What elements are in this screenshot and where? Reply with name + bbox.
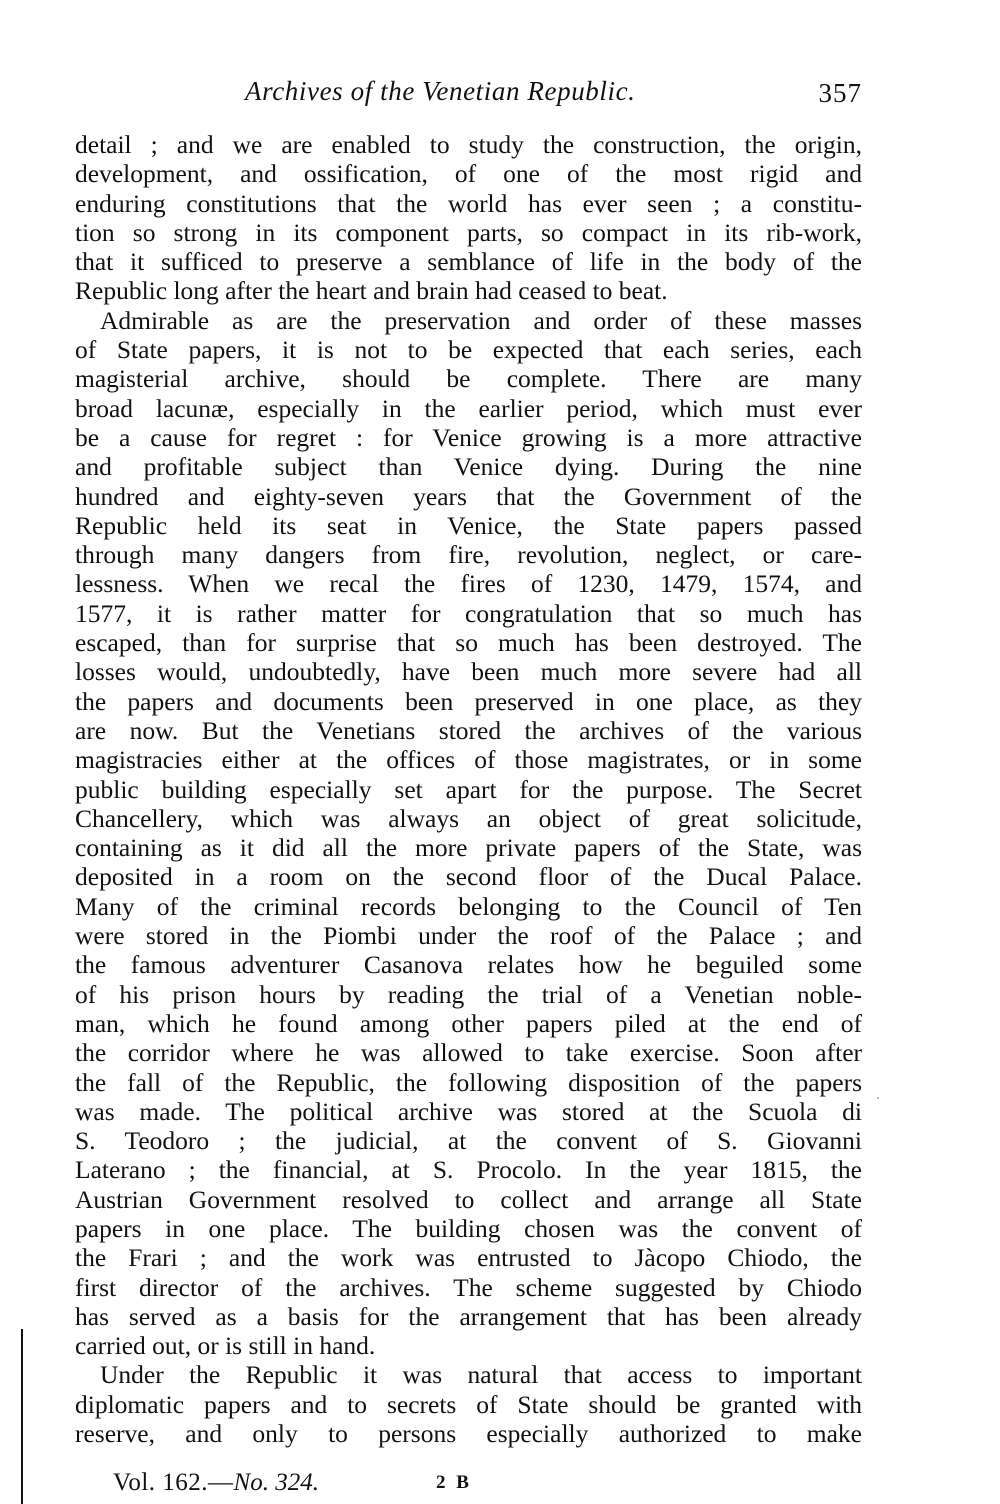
book-page: Archives of the Venetian Republic. 357 d… xyxy=(0,0,1000,1504)
text-line: escaped, than for surprise that so much … xyxy=(75,628,862,657)
text-line: the fall of the Republic, the following … xyxy=(75,1068,862,1097)
text-line: tion so strong in its component parts, s… xyxy=(75,218,862,247)
text-line: magisterial archive, should be complete.… xyxy=(75,364,862,393)
scan-margin-line xyxy=(21,1329,23,1504)
text-line: Austrian Government resolved to collect … xyxy=(75,1185,862,1214)
text-line: losses would, undoubtedly, have been muc… xyxy=(75,657,862,686)
text-line: broad lacunæ, especially in the earlier … xyxy=(75,394,862,423)
text-line: and profitable subject than Venice dying… xyxy=(75,452,862,481)
text-line: Republic long after the heart and brain … xyxy=(75,276,862,305)
text-line: Admirable as are the preservation and or… xyxy=(75,306,862,335)
text-line: are now. But the Venetians stored the ar… xyxy=(75,716,862,745)
text-line: 1577, it is rather matter for congratula… xyxy=(75,599,862,628)
text-line: that it sufficed to preserve a semblance… xyxy=(75,247,862,276)
text-line: lessness. When we recal the fires of 123… xyxy=(75,569,862,598)
text-line: Laterano ; the financial, at S. Procolo.… xyxy=(75,1155,862,1184)
text-line: the famous adventurer Casanova relates h… xyxy=(75,950,862,979)
text-line: were stored in the Piombi under the roof… xyxy=(75,921,862,950)
text-line: be a cause for regret : for Venice growi… xyxy=(75,423,862,452)
text-line: through many dangers from fire, revoluti… xyxy=(75,540,862,569)
signature-mark: 2 B xyxy=(436,1468,472,1498)
text-line: containing as it did all the more privat… xyxy=(75,833,862,862)
text-line: public building especially set apart for… xyxy=(75,775,862,804)
scan-speck xyxy=(877,1097,879,1099)
text-line: S. Teodoro ; the judicial, at the conven… xyxy=(75,1126,862,1155)
text-line: has served as a basis for the arrangemen… xyxy=(75,1302,862,1331)
text-line: diplomatic papers and to secrets of Stat… xyxy=(75,1390,862,1419)
text-line: was made. The political archive was stor… xyxy=(75,1097,862,1126)
text-line: first director of the archives. The sche… xyxy=(75,1273,862,1302)
text-line: of his prison hours by reading the trial… xyxy=(75,980,862,1009)
running-head: Archives of the Venetian Republic. 357 xyxy=(75,74,862,108)
page-footer: Vol. 162.—No. 324. 2 B xyxy=(113,1468,613,1498)
paragraph-2: Admirable as are the preservation and or… xyxy=(75,306,862,1361)
text-line: Republic held its seat in Venice, the St… xyxy=(75,511,862,540)
text-line: enduring constitutions that the world ha… xyxy=(75,189,862,218)
text-line: Chancellery, which was always an object … xyxy=(75,804,862,833)
body-text: detail ; and we are enabled to study the… xyxy=(75,130,862,1448)
paragraph-1: detail ; and we are enabled to study the… xyxy=(75,130,862,306)
volume-label: Vol. 162.— xyxy=(113,1469,234,1496)
paragraph-3: Under the Republic it was natural that a… xyxy=(75,1360,862,1448)
issue-number: No. 324. xyxy=(234,1469,319,1496)
text-line: the papers and documents been preserved … xyxy=(75,687,862,716)
text-line: magistracies either at the offices of th… xyxy=(75,745,862,774)
text-line: Under the Republic it was natural that a… xyxy=(75,1360,862,1389)
text-line: deposited in a room on the second floor … xyxy=(75,862,862,891)
text-line: reserve, and only to persons especially … xyxy=(75,1419,862,1448)
text-line: the corridor where he was allowed to tak… xyxy=(75,1038,862,1067)
text-line: carried out, or is still in hand. xyxy=(75,1331,862,1360)
text-line: hundred and eighty-seven years that the … xyxy=(75,482,862,511)
text-line: of State papers, it is not to be expecte… xyxy=(75,335,862,364)
text-line: papers in one place. The building chosen… xyxy=(75,1214,862,1243)
text-line: detail ; and we are enabled to study the… xyxy=(75,130,862,159)
text-line: development, and ossification, of one of… xyxy=(75,159,862,188)
running-title: Archives of the Venetian Republic. xyxy=(245,74,636,108)
text-line: the Frari ; and the work was entrusted t… xyxy=(75,1243,862,1272)
page-number: 357 xyxy=(819,76,863,110)
text-line: man, which he found among other papers p… xyxy=(75,1009,862,1038)
text-line: Many of the criminal records belonging t… xyxy=(75,892,862,921)
